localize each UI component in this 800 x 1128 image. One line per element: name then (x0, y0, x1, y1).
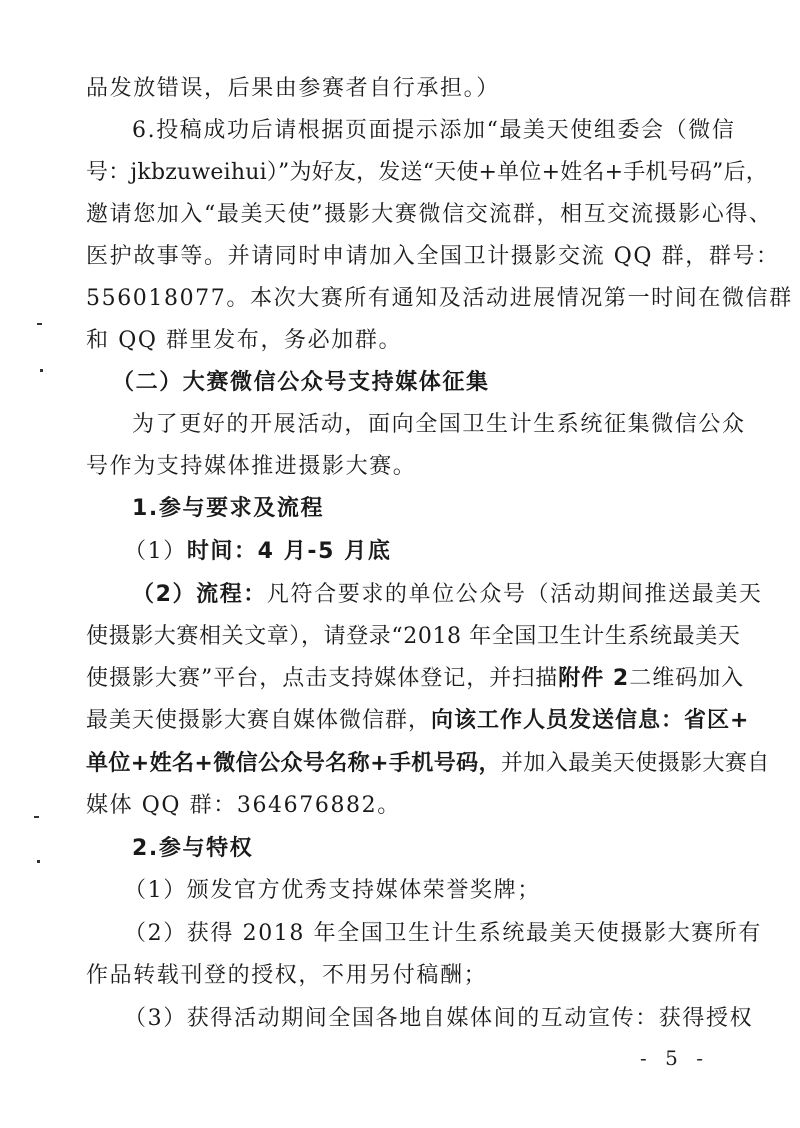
scan-mark (40, 369, 43, 372)
paragraph-line: 为了更好的开展活动，面向全国卫生计生系统征集微信公众 (132, 410, 722, 440)
bold-text-run: 附件 2 (558, 666, 629, 691)
paragraph-line: 号作为支持媒体推进摄影大赛。 (86, 452, 722, 482)
list-item: （1）时间：4 月-5 月底 (124, 537, 760, 567)
list-item: （3）获得活动期间全国各地自媒体间的互动宣传：获得授权 (124, 1004, 722, 1034)
paragraph-line: 使摄影大赛相关文章），请登录“2018 年全国卫生计生系统最美天 (86, 622, 722, 652)
subsection-heading: 1.参与要求及流程 (132, 494, 722, 524)
scan-mark (37, 860, 40, 863)
list-item-label: （1） (124, 539, 187, 564)
bold-text-run: 单位+姓名+微信公众号名称+手机号码， (86, 751, 501, 776)
section-heading: （二）大赛微信公众号支持媒体征集 (112, 368, 748, 398)
paragraph-line: 邀请您加入“最美天使”摄影大赛微信交流群，相互交流摄影心得、 (86, 200, 722, 230)
list-item-bold: 时间：4 月-5 月底 (187, 539, 392, 564)
page-number: - 5 - (640, 1046, 709, 1070)
paragraph-line: 使摄影大赛”平台，点击支持媒体登记，并扫描附件 2二维码加入 (86, 664, 722, 694)
scan-mark (37, 323, 42, 325)
paragraph-line: 品发放错误，后果由参赛者自行承担。） (86, 74, 722, 104)
list-item: （1）颁发官方优秀支持媒体荣誉奖牌； (124, 876, 760, 906)
paragraph-line: 作品转载刊登的授权，不用另付稿酬； (86, 961, 722, 991)
paragraph-line: 单位+姓名+微信公众号名称+手机号码，并加入最美天使摄影大赛自 (86, 749, 722, 779)
list-item-text: 凡符合要求的单位公众号（活动期间推送最美天 (267, 582, 763, 607)
text-run: 二维码加入 (629, 666, 744, 691)
paragraph-line: 媒体 QQ 群：364676882。 (86, 791, 722, 821)
paragraph-line: 556018077。本次大赛所有通知及活动进展情况第一时间在微信群 (86, 284, 722, 314)
paragraph-line: 和 QQ 群里发布，务必加群。 (86, 326, 722, 356)
text-run: 最美天使摄影大赛自媒体微信群， (86, 708, 431, 733)
list-item-bold: （2）流程： (132, 582, 267, 607)
subsection-heading: 2.参与特权 (132, 834, 722, 864)
text-run: 使摄影大赛”平台，点击支持媒体登记，并扫描 (86, 666, 558, 691)
paragraph-line: 最美天使摄影大赛自媒体微信群，向该工作人员发送信息：省区+ (86, 706, 722, 736)
text-run: 并加入最美天使摄影大赛自 (501, 751, 770, 776)
paragraph-line: 医护故事等。并请同时申请加入全国卫计摄影交流 QQ 群，群号： (86, 242, 722, 272)
list-item: （2）流程：凡符合要求的单位公众号（活动期间推送最美天 (132, 580, 722, 610)
paragraph-line: 6.投稿成功后请根据页面提示添加“最美天使组委会（微信 (132, 116, 722, 146)
document-page: 品发放错误，后果由参赛者自行承担。） 6.投稿成功后请根据页面提示添加“最美天使… (0, 0, 800, 1128)
list-item: （2）获得 2018 年全国卫生计生系统最美天使摄影大赛所有 (124, 919, 722, 949)
scan-mark (34, 816, 39, 818)
bold-text-run: 向该工作人员发送信息：省区+ (431, 708, 749, 733)
paragraph-line: 号：jkbzuweihui）”为好友，发送“天使+单位+姓名+手机号码”后， (86, 158, 722, 188)
